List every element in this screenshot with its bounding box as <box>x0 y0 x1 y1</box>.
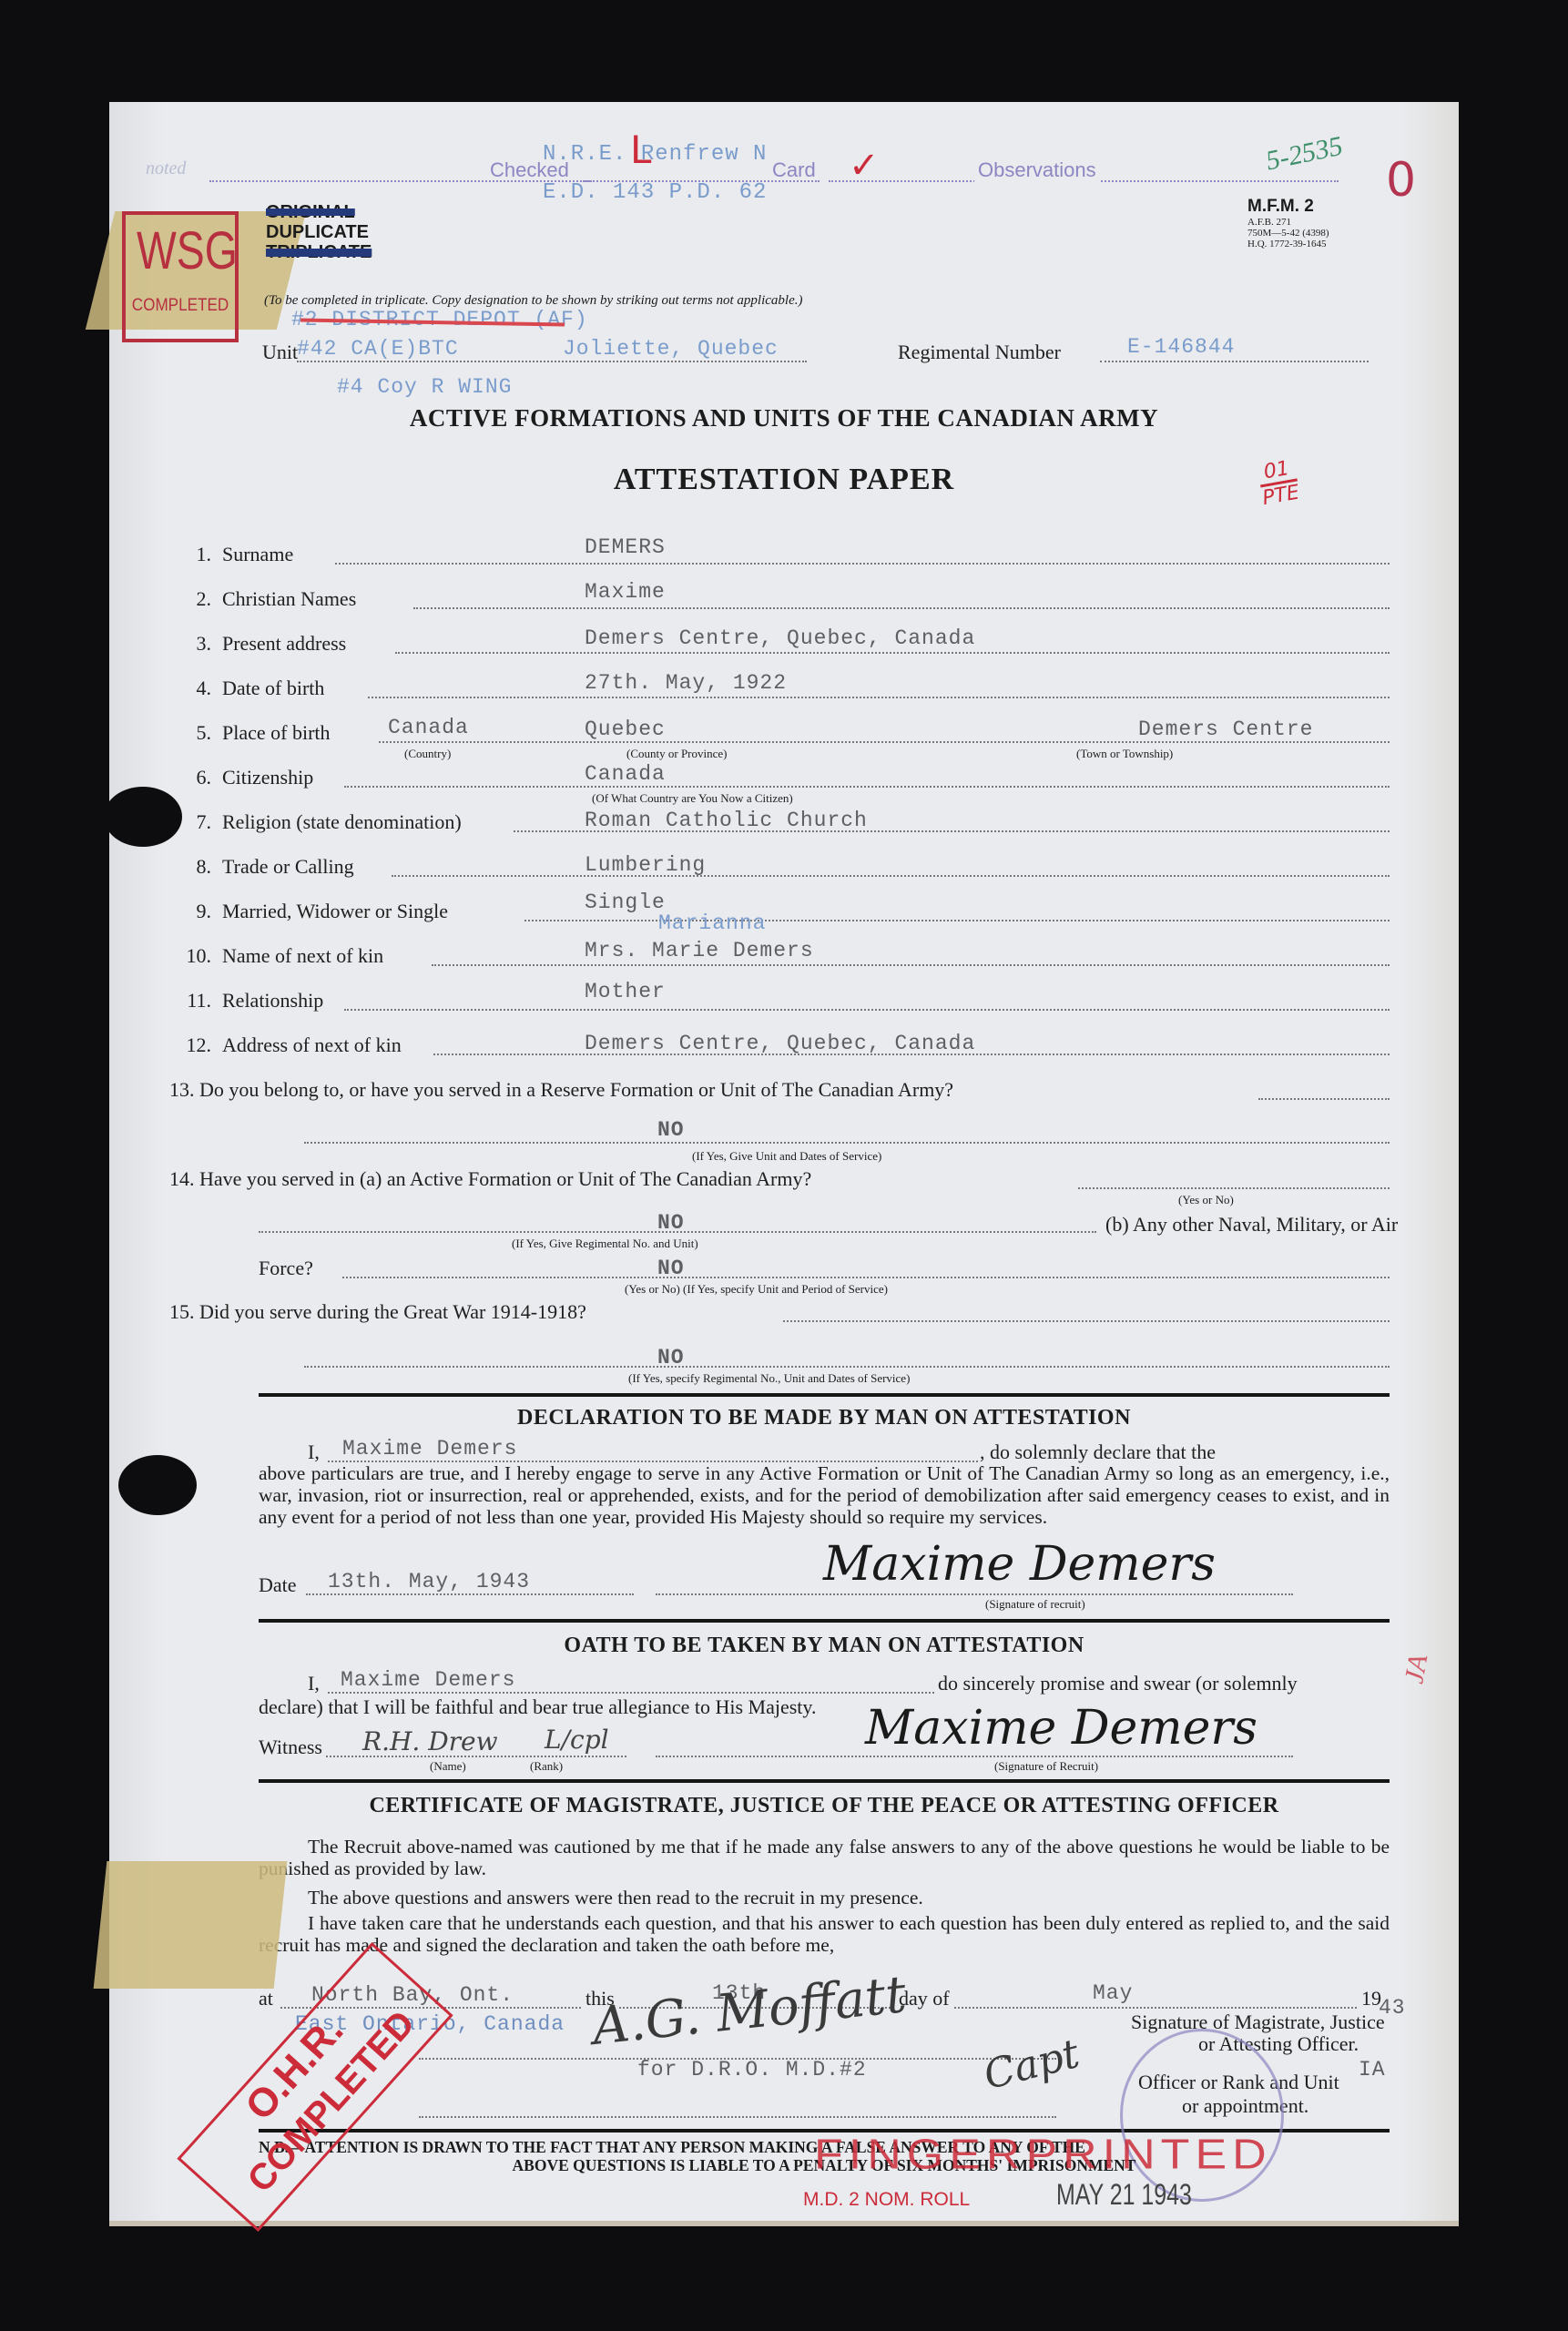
field-number: 8. <box>164 855 211 879</box>
hint-province: (County or Province) <box>626 747 727 761</box>
q15-leader <box>783 1320 1390 1322</box>
field-number: 6. <box>164 766 211 789</box>
field-leader <box>344 786 1390 788</box>
regimental-leader <box>1100 361 1369 362</box>
unit-leader <box>297 361 807 362</box>
field-value-next-of-kin: Mrs. Marie Demers <box>585 939 814 962</box>
form-code: M.F.M. 2 <box>1247 197 1329 217</box>
faded-note: noted <box>146 158 186 179</box>
checked-label: Checked <box>490 158 569 182</box>
field-leader <box>524 920 1390 921</box>
date-received-stamp: MAY 21 1943 <box>1056 2178 1192 2212</box>
oath-name-line <box>328 1692 934 1694</box>
witness-name: R.H. Drew <box>362 1726 498 1756</box>
field-number: 4. <box>164 677 211 700</box>
field-number: 2. <box>164 587 211 611</box>
observations-label: Observations <box>974 158 1100 182</box>
q14-leader <box>1078 1187 1390 1189</box>
field-label: Present address <box>222 632 346 656</box>
divider <box>259 1619 1390 1623</box>
nre-stamp: N.R.E. Renfrew N <box>543 142 767 167</box>
officer-rank: Capt <box>979 2031 1084 2099</box>
copy-original-struck: ORIGINAL DUPLICATE TRIPLICATE <box>266 202 372 262</box>
question-14: 14. Have you served in (a) an Active For… <box>169 1167 811 1191</box>
field-label: Relationship <box>222 989 323 1013</box>
field-value-trade: Lumbering <box>585 853 706 877</box>
field-number: 11. <box>164 989 211 1013</box>
wsg-stamp-completed: COMPLETED <box>131 288 229 324</box>
field-label: Trade or Calling <box>222 855 354 879</box>
checked-mark: L <box>630 127 651 172</box>
declaration-date: 13th. May, 1943 <box>328 1570 530 1593</box>
q15-hint: (If Yes, specify Regimental No., Unit an… <box>628 1371 910 1386</box>
field-value-christian-names: Maxime <box>585 580 666 604</box>
wsg-completed-stamp: WSG COMPLETED <box>122 211 239 342</box>
declaration-date-label: Date <box>259 1573 297 1597</box>
copy-original: ORIGINAL <box>266 202 372 222</box>
field-value-province: Quebec <box>585 718 666 741</box>
q14-yes-no-hint: (Yes or No) <box>1178 1193 1234 1207</box>
q13-leader <box>1258 1098 1390 1100</box>
divider <box>259 1779 1390 1783</box>
q13-answer-line <box>304 1142 1390 1144</box>
margin-initials: JA <box>1399 1652 1434 1685</box>
q14b-answer-line <box>342 1277 1390 1278</box>
regimental-number-label: Regimental Number <box>898 341 1061 364</box>
at-label: at <box>259 1987 273 2010</box>
instruction-text: (To be completed in triplicate. Copy des… <box>264 293 802 309</box>
title-active-formations: ACTIVE FORMATIONS AND UNITS OF THE CANAD… <box>109 404 1459 433</box>
observations-value: 5-2535 <box>1263 131 1345 178</box>
field-leader <box>379 741 1390 743</box>
certificate-p1: The Recruit above-named was cautioned by… <box>259 1836 1390 1879</box>
copy-duplicate: DUPLICATE <box>266 222 372 242</box>
rank-suffix: IA <box>1359 2058 1386 2082</box>
oath-line2: declare) that I will be faithful and bea… <box>259 1695 817 1719</box>
officer-rank-line <box>419 2116 1056 2118</box>
field-leader <box>395 652 1390 654</box>
q14a-hint: (If Yes, Give Regimental No. and Unit) <box>512 1237 698 1251</box>
month-value: May <box>1093 1981 1133 2005</box>
for-line: for D.R.O. M.D.#2 <box>637 2058 867 2082</box>
declaration-suffix: , do solemnly declare that the <box>980 1440 1216 1464</box>
declaration-heading: DECLARATION TO BE MADE BY MAN ON ATTESTA… <box>109 1406 1539 1430</box>
question-14b: (b) Any other Naval, Military, or Air <box>1105 1213 1398 1237</box>
hint-town: (Town or Township) <box>1076 747 1173 761</box>
oath-signature-line <box>656 1756 1293 1757</box>
rank-note-bottom: PTE <box>1261 481 1301 510</box>
tape-bottom <box>94 1861 288 1989</box>
form-ref: H.Q. 1772-39-1645 <box>1247 239 1329 249</box>
witness-name-hint: (Name) <box>430 1759 466 1774</box>
field-leader <box>335 563 1390 565</box>
form-code-block: M.F.M. 2 A.F.B. 271 750M—5-42 (4398) H.Q… <box>1247 197 1329 249</box>
field-value-town: Demers Centre <box>1138 718 1313 741</box>
fingerprinted-stamp: FINGERPRINTED <box>814 2130 1272 2179</box>
oath-name: Maxime Demers <box>341 1668 515 1692</box>
q13-answer: NO <box>657 1118 685 1142</box>
field-value-relationship: Mother <box>585 980 666 1003</box>
question-15: 15. Did you serve during the Great War 1… <box>169 1300 586 1324</box>
declaration-date-line <box>306 1593 634 1595</box>
oath-suffix: do sincerely promise and swear (or solem… <box>938 1672 1298 1695</box>
field-number: 1. <box>164 543 211 566</box>
q15-answer-line <box>304 1366 1390 1368</box>
regimental-number-value: E-146844 <box>1127 335 1235 359</box>
wsg-stamp-text: WSG <box>137 215 224 288</box>
circle-mark: 0 <box>1386 153 1416 208</box>
field-leader <box>368 697 1390 698</box>
q14a-answer: NO <box>657 1211 685 1235</box>
q15-answer: NO <box>657 1346 685 1369</box>
sig-hint-1: Signature of Magistrate, Justice <box>1131 2010 1385 2034</box>
unit-value: #42 CA(E)BTC <box>297 337 459 361</box>
field-label: Date of birth <box>222 677 324 700</box>
field-label: Surname <box>222 543 293 566</box>
officer-signature: A.G. Moffatt <box>590 1965 910 2057</box>
field-value-marital-status: Single <box>585 891 666 914</box>
q14b-force: Force? <box>259 1257 313 1280</box>
field-value-next-of-kin-address: Demers Centre, Quebec, Canada <box>585 1032 975 1055</box>
copy-triplicate: TRIPLICATE <box>266 242 372 262</box>
field-leader <box>432 964 1390 966</box>
field-value-country: Canada <box>388 716 469 739</box>
field-label: Religion (state denomination) <box>222 810 462 834</box>
hint-citizenship: (Of What Country are You Now a Citizen) <box>592 791 793 806</box>
field-leader <box>344 1009 1390 1011</box>
field-label: Address of next of kin <box>222 1033 402 1057</box>
divider <box>259 1393 1390 1397</box>
certificate-p3: I have taken care that he understands ea… <box>259 1912 1390 1956</box>
field-label: Place of birth <box>222 721 331 745</box>
declaration-signature-line <box>656 1593 1293 1595</box>
ed-pd-stamp: E.D. 143 P.D. 62 <box>543 180 767 205</box>
field-number: 10. <box>164 944 211 968</box>
declaration-signature-hint: (Signature of recruit) <box>985 1597 1085 1612</box>
field-label: Christian Names <box>222 587 356 611</box>
witness-rank: L/cpl <box>545 1725 609 1755</box>
title-attestation-paper: ATTESTATION PAPER <box>109 463 1459 497</box>
oath-heading: OATH TO BE TAKEN BY MAN ON ATTESTATION <box>109 1634 1539 1658</box>
unit-location: Joliette, Quebec <box>563 337 779 361</box>
declaration-body: above particulars are true, and I hereby… <box>259 1462 1390 1528</box>
form-ref: A.F.B. 271 <box>1247 217 1329 228</box>
punch-hole <box>118 1455 197 1515</box>
field-label: Citizenship <box>222 766 313 789</box>
witness-label: Witness <box>259 1736 322 1759</box>
form-ref: 750M—5-42 (4398) <box>1247 228 1329 239</box>
field-value-citizenship: Canada <box>585 762 666 786</box>
q14b-hint: (Yes or No) (If Yes, specify Unit and Pe… <box>625 1282 888 1297</box>
attestation-paper: N.R.E. Renfrew N noted Checked L Card ✓ … <box>109 102 1459 2226</box>
certificate-heading: CERTIFICATE OF MAGISTRATE, JUSTICE OF TH… <box>109 1794 1539 1818</box>
question-13: 13. Do you belong to, or have you served… <box>169 1078 953 1102</box>
field-leader <box>392 875 1390 877</box>
unit-label: Unit <box>262 341 298 364</box>
field-leader <box>413 607 1390 609</box>
unit-subdivision: #4 Coy R WING <box>337 375 512 399</box>
field-value-religion: Roman Catholic Church <box>585 809 868 832</box>
card-label: Card <box>772 158 816 182</box>
q14b-answer: NO <box>657 1257 685 1280</box>
certificate-p2: The above questions and answers were the… <box>259 1887 1390 1909</box>
next-of-kin-correction: Marianna <box>658 911 766 935</box>
field-number: 9. <box>164 900 211 923</box>
oath-signature: Maxime Demers <box>865 1701 1257 1756</box>
declaration-signature: Maxime Demers <box>823 1537 1216 1592</box>
q13-hint: (If Yes, Give Unit and Dates of Service) <box>692 1149 881 1164</box>
field-number: 3. <box>164 632 211 656</box>
nom-roll-stamp: M.D. 2 NOM. ROLL <box>803 2189 970 2211</box>
field-value-date-of-birth: 27th. May, 1922 <box>585 671 787 695</box>
hint-country: (Country) <box>404 747 451 761</box>
declaration-name: Maxime Demers <box>342 1437 517 1461</box>
oath-signature-hint: (Signature of Recruit) <box>994 1759 1098 1774</box>
field-label: Name of next of kin <box>222 944 383 968</box>
field-value-surname: DEMERS <box>585 535 666 559</box>
field-number: 7. <box>164 810 211 834</box>
field-number: 5. <box>164 721 211 745</box>
field-value-present-address: Demers Centre, Quebec, Canada <box>585 626 975 650</box>
declaration-prefix: I, <box>308 1440 320 1464</box>
oath-prefix: I, <box>308 1672 320 1695</box>
field-label: Married, Widower or Single <box>222 900 448 923</box>
field-number: 12. <box>164 1033 211 1057</box>
witness-rank-hint: (Rank) <box>530 1759 563 1774</box>
